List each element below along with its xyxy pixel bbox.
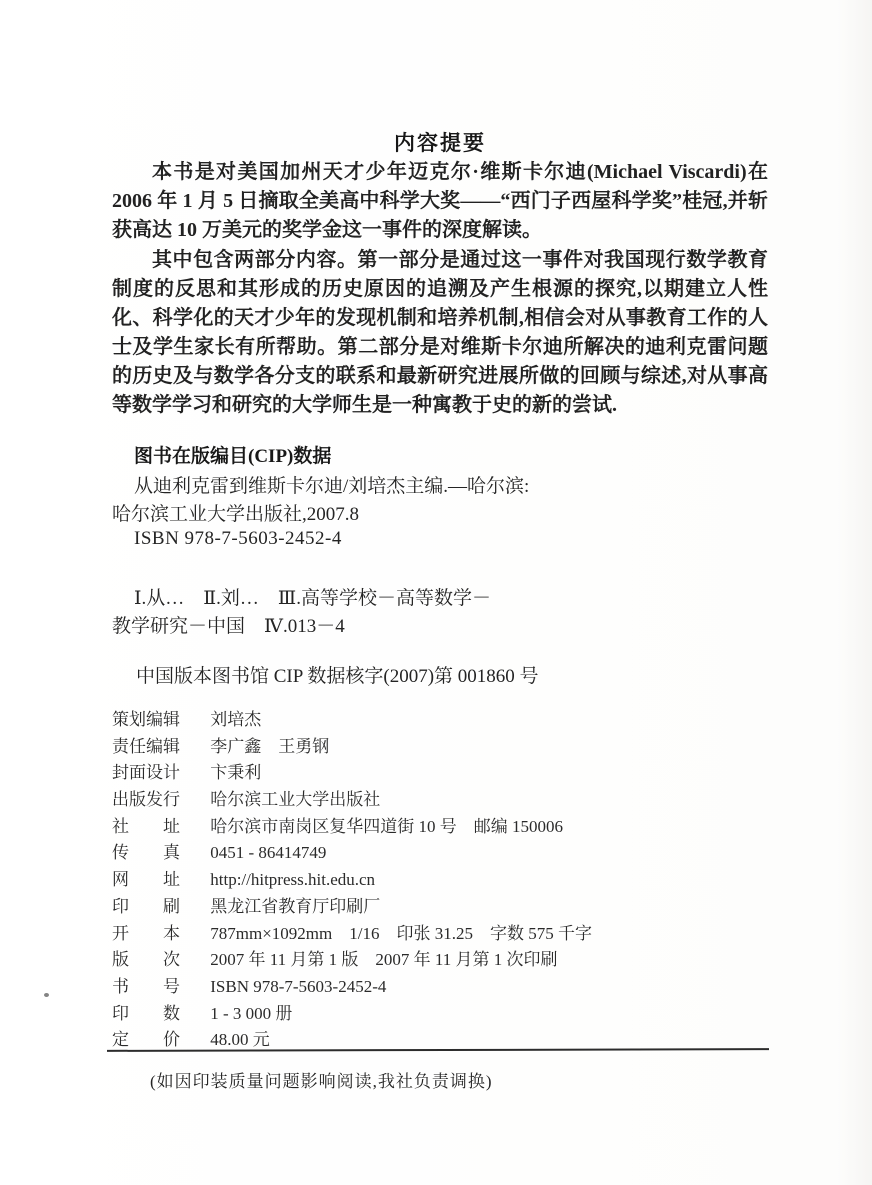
colophon-label: 网 址 xyxy=(112,867,186,894)
colophon-label: 社 址 xyxy=(112,814,186,841)
colophon-label: 封面设计 xyxy=(112,760,186,787)
colophon-label: 出版发行 xyxy=(112,787,186,814)
colophon-label: 开 本 xyxy=(112,921,186,948)
summary-paragraph-2: 其中包含两部分内容。第一部分是通过这一事件对我国现行数学教育制度的反思和其形成的… xyxy=(112,246,768,420)
colophon-value: ISBN 978-7-5603-2452-4 xyxy=(210,977,386,996)
colophon-label: 印 刷 xyxy=(112,894,186,921)
colophon-value: http://hitpress.hit.edu.cn xyxy=(210,870,375,889)
colophon-row-book-number: 书 号 ISBN 978-7-5603-2452-4 xyxy=(112,974,768,1001)
colophon-row-responsible-editor: 责任编辑 李广鑫 王勇钢 xyxy=(112,734,768,761)
colophon-value: 787mm×1092mm 1/16 印张 31.25 字数 575 千字 xyxy=(210,924,592,943)
colophon-row-print-run: 印 数 1 - 3 000 册 xyxy=(112,1001,768,1028)
colophon-row-planning-editor: 策划编辑 刘培杰 xyxy=(112,707,768,734)
colophon-row-website: 网 址 http://hitpress.hit.edu.cn xyxy=(112,867,768,894)
colophon-value: 李广鑫 王勇钢 xyxy=(210,737,329,756)
cip-classification-line-1: Ⅰ.从… Ⅱ.刘… Ⅲ.高等学校－高等数学－ xyxy=(134,583,491,610)
colophon-value: 48.00 元 xyxy=(210,1030,270,1049)
cip-isbn-line: ISBN 978-7-5603-2452-4 xyxy=(134,528,342,550)
colophon-label: 责任编辑 xyxy=(112,734,186,761)
cip-heading: 图书在版编目(CIP)数据 xyxy=(134,441,331,468)
summary-paragraph-1: 本书是对美国加州天才少年迈克尔·维斯卡尔迪(Michael Viscardi)在… xyxy=(112,158,768,245)
colophon-value: 哈尔滨工业大学出版社 xyxy=(210,790,380,809)
cip-record-line-2: 哈尔滨工业大学出版社,2007.8 xyxy=(112,499,359,526)
colophon-value: 卞秉利 xyxy=(210,763,261,782)
colophon-label: 印 数 xyxy=(112,1001,186,1028)
quality-exchange-note: (如因印装质量问题影响阅读,我社负责调换) xyxy=(150,1067,493,1092)
colophon-row-cover-design: 封面设计 卞秉利 xyxy=(112,760,768,787)
colophon-value: 0451 - 86414749 xyxy=(210,843,326,862)
colophon-label: 版 次 xyxy=(112,947,186,974)
scan-speck-mark xyxy=(44,993,49,997)
colophon-value: 黑龙江省教育厅印刷厂 xyxy=(210,897,380,916)
colophon-row-address: 社 址 哈尔滨市南岗区复华四道街 10 号 邮编 150006 xyxy=(112,814,768,841)
cip-registry-line: 中国版本图书馆 CIP 数据核字(2007)第 001860 号 xyxy=(136,661,539,688)
book-copyright-page: 内容提要 本书是对美国加州天才少年迈克尔·维斯卡尔迪(Michael Visca… xyxy=(0,0,872,1185)
colophon-value: 哈尔滨市南岗区复华四道街 10 号 邮编 150006 xyxy=(210,817,563,836)
colophon-row-printer: 印 刷 黑龙江省教育厅印刷厂 xyxy=(112,894,768,921)
colophon-row-format: 开 本 787mm×1092mm 1/16 印张 31.25 字数 575 千字 xyxy=(112,921,768,948)
colophon-value: 2007 年 11 月第 1 版 2007 年 11 月第 1 次印刷 xyxy=(210,950,557,969)
colophon-row-publisher: 出版发行 哈尔滨工业大学出版社 xyxy=(112,787,768,814)
colophon-label: 书 号 xyxy=(112,974,186,1001)
colophon-row-edition: 版 次 2007 年 11 月第 1 版 2007 年 11 月第 1 次印刷 xyxy=(112,947,768,974)
colophon-label: 策划编辑 xyxy=(112,707,186,734)
summary-title: 内容提要 xyxy=(112,127,768,157)
cip-classification-line-2: 教学研究－中国 Ⅳ.013－4 xyxy=(112,611,345,638)
colophon-list: 策划编辑 刘培杰 责任编辑 李广鑫 王勇钢 封面设计 卞秉利 出版发行 哈尔滨工… xyxy=(112,707,768,1054)
colophon-value: 刘培杰 xyxy=(210,710,261,729)
colophon-value: 1 - 3 000 册 xyxy=(210,1004,292,1023)
colophon-label: 传 真 xyxy=(112,840,186,867)
colophon-row-fax: 传 真 0451 - 86414749 xyxy=(112,840,768,867)
cip-record-line-1: 从迪利克雷到维斯卡尔迪/刘培杰主编.—哈尔滨: xyxy=(134,471,529,498)
